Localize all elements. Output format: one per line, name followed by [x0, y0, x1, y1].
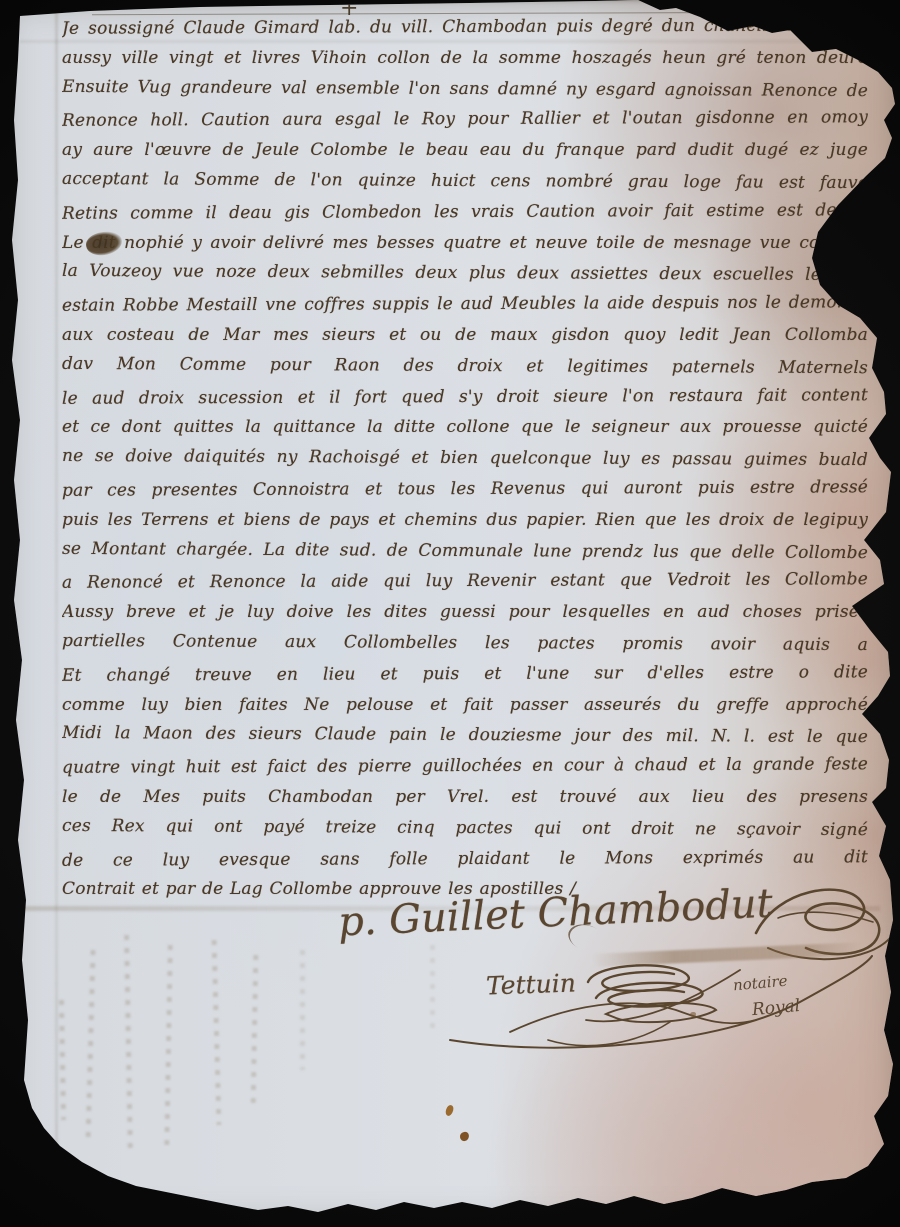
manuscript-line: Midi la Maon des sieurs Claude pain le d… [62, 718, 868, 753]
ink-speck [445, 1104, 455, 1116]
manuscript-line: le de Mes puits Chambodan per Vrel. est … [62, 782, 868, 813]
manuscript-line: aussy ville vingt et livres Vihoin collo… [62, 43, 868, 74]
manuscript-line: Et changé treuve en lieu et puis et l'un… [62, 657, 868, 691]
manuscript-line: par ces presentes Connoistra et tous les… [62, 472, 868, 506]
manuscript-line: et ce dont quittes la quittance la ditte… [62, 412, 868, 443]
manuscript-line: puis les Terrens et biens de pays et che… [62, 505, 868, 536]
verso-bleedthrough [251, 955, 259, 1105]
vertical-fold-crease [55, 0, 58, 1227]
verso-bleedthrough [430, 945, 435, 1035]
manuscript-line: Je soussigné Claude Gimard lab. du vill.… [62, 10, 868, 44]
manuscript-line: ne se doive daiquités ny Rachoisgé et bi… [62, 441, 868, 476]
signature-sweep-icon [420, 948, 880, 1058]
manuscript-line: aux costeau de Mar mes sieurs et ou de m… [62, 320, 868, 351]
manuscript-line: de ce luy evesque sans folle plaidant le… [62, 842, 868, 876]
verso-bleedthrough [124, 935, 133, 1155]
manuscript-line: le aud droix sucession et il fort qued s… [62, 380, 868, 414]
manuscript-line: partielles Contenue aux Collombelles les… [62, 626, 868, 661]
manuscript-line: Retins comme il deau gis Clombedon les v… [62, 195, 868, 229]
manuscript-line: Renonce holl. Caution aura esgal le Roy … [62, 103, 868, 137]
verso-bleedthrough [300, 950, 305, 1070]
manuscript-line: Aussy breve et je luy doive les dites gu… [62, 597, 868, 628]
verso-bleedthrough [85, 950, 95, 1145]
manuscript-line: se Montant chargée. La dite sud. de Comm… [62, 533, 868, 568]
manuscript-line: estain Robbe Mestaill vne coffres suppis… [62, 287, 868, 321]
verso-bleedthrough [164, 945, 173, 1150]
manuscript-line: Le dit nophié y avoir delivré mes besses… [62, 228, 868, 259]
manuscript-line: quatre vingt huit est faict des pierre g… [62, 749, 868, 783]
manuscript-line: Ensuite Vug grandeure val ensemble l'on … [62, 71, 868, 106]
verso-bleedthrough [59, 1000, 66, 1120]
manuscript-line: a Renoncé et Renonce la aide qui luy Rev… [62, 565, 868, 599]
verso-bleedthrough [212, 940, 222, 1125]
manuscript-page: + Je soussigné Claude Gimard lab. du vil… [0, 0, 900, 1227]
manuscript-line: dav Mon Comme pour Raon des droix et leg… [62, 349, 868, 384]
manuscript-line: la Vouzeoy vue noze deux sebmilles deux … [62, 256, 868, 291]
manuscript-line: acceptant la Somme de l'on quinze huict … [62, 164, 868, 199]
manuscript-line: ay aure l'œuvre de Jeule Colombe le beau… [62, 135, 868, 166]
ink-speck [459, 1131, 469, 1141]
manuscript-line: ces Rex qui ont payé treize cinq pactes … [62, 811, 868, 846]
manuscript-line: comme luy bien faites Ne pelouse et fait… [62, 690, 868, 721]
manuscript-text: Je soussigné Claude Gimard lab. du vill.… [62, 12, 868, 905]
photo-background: + Je soussigné Claude Gimard lab. du vil… [0, 0, 900, 1227]
